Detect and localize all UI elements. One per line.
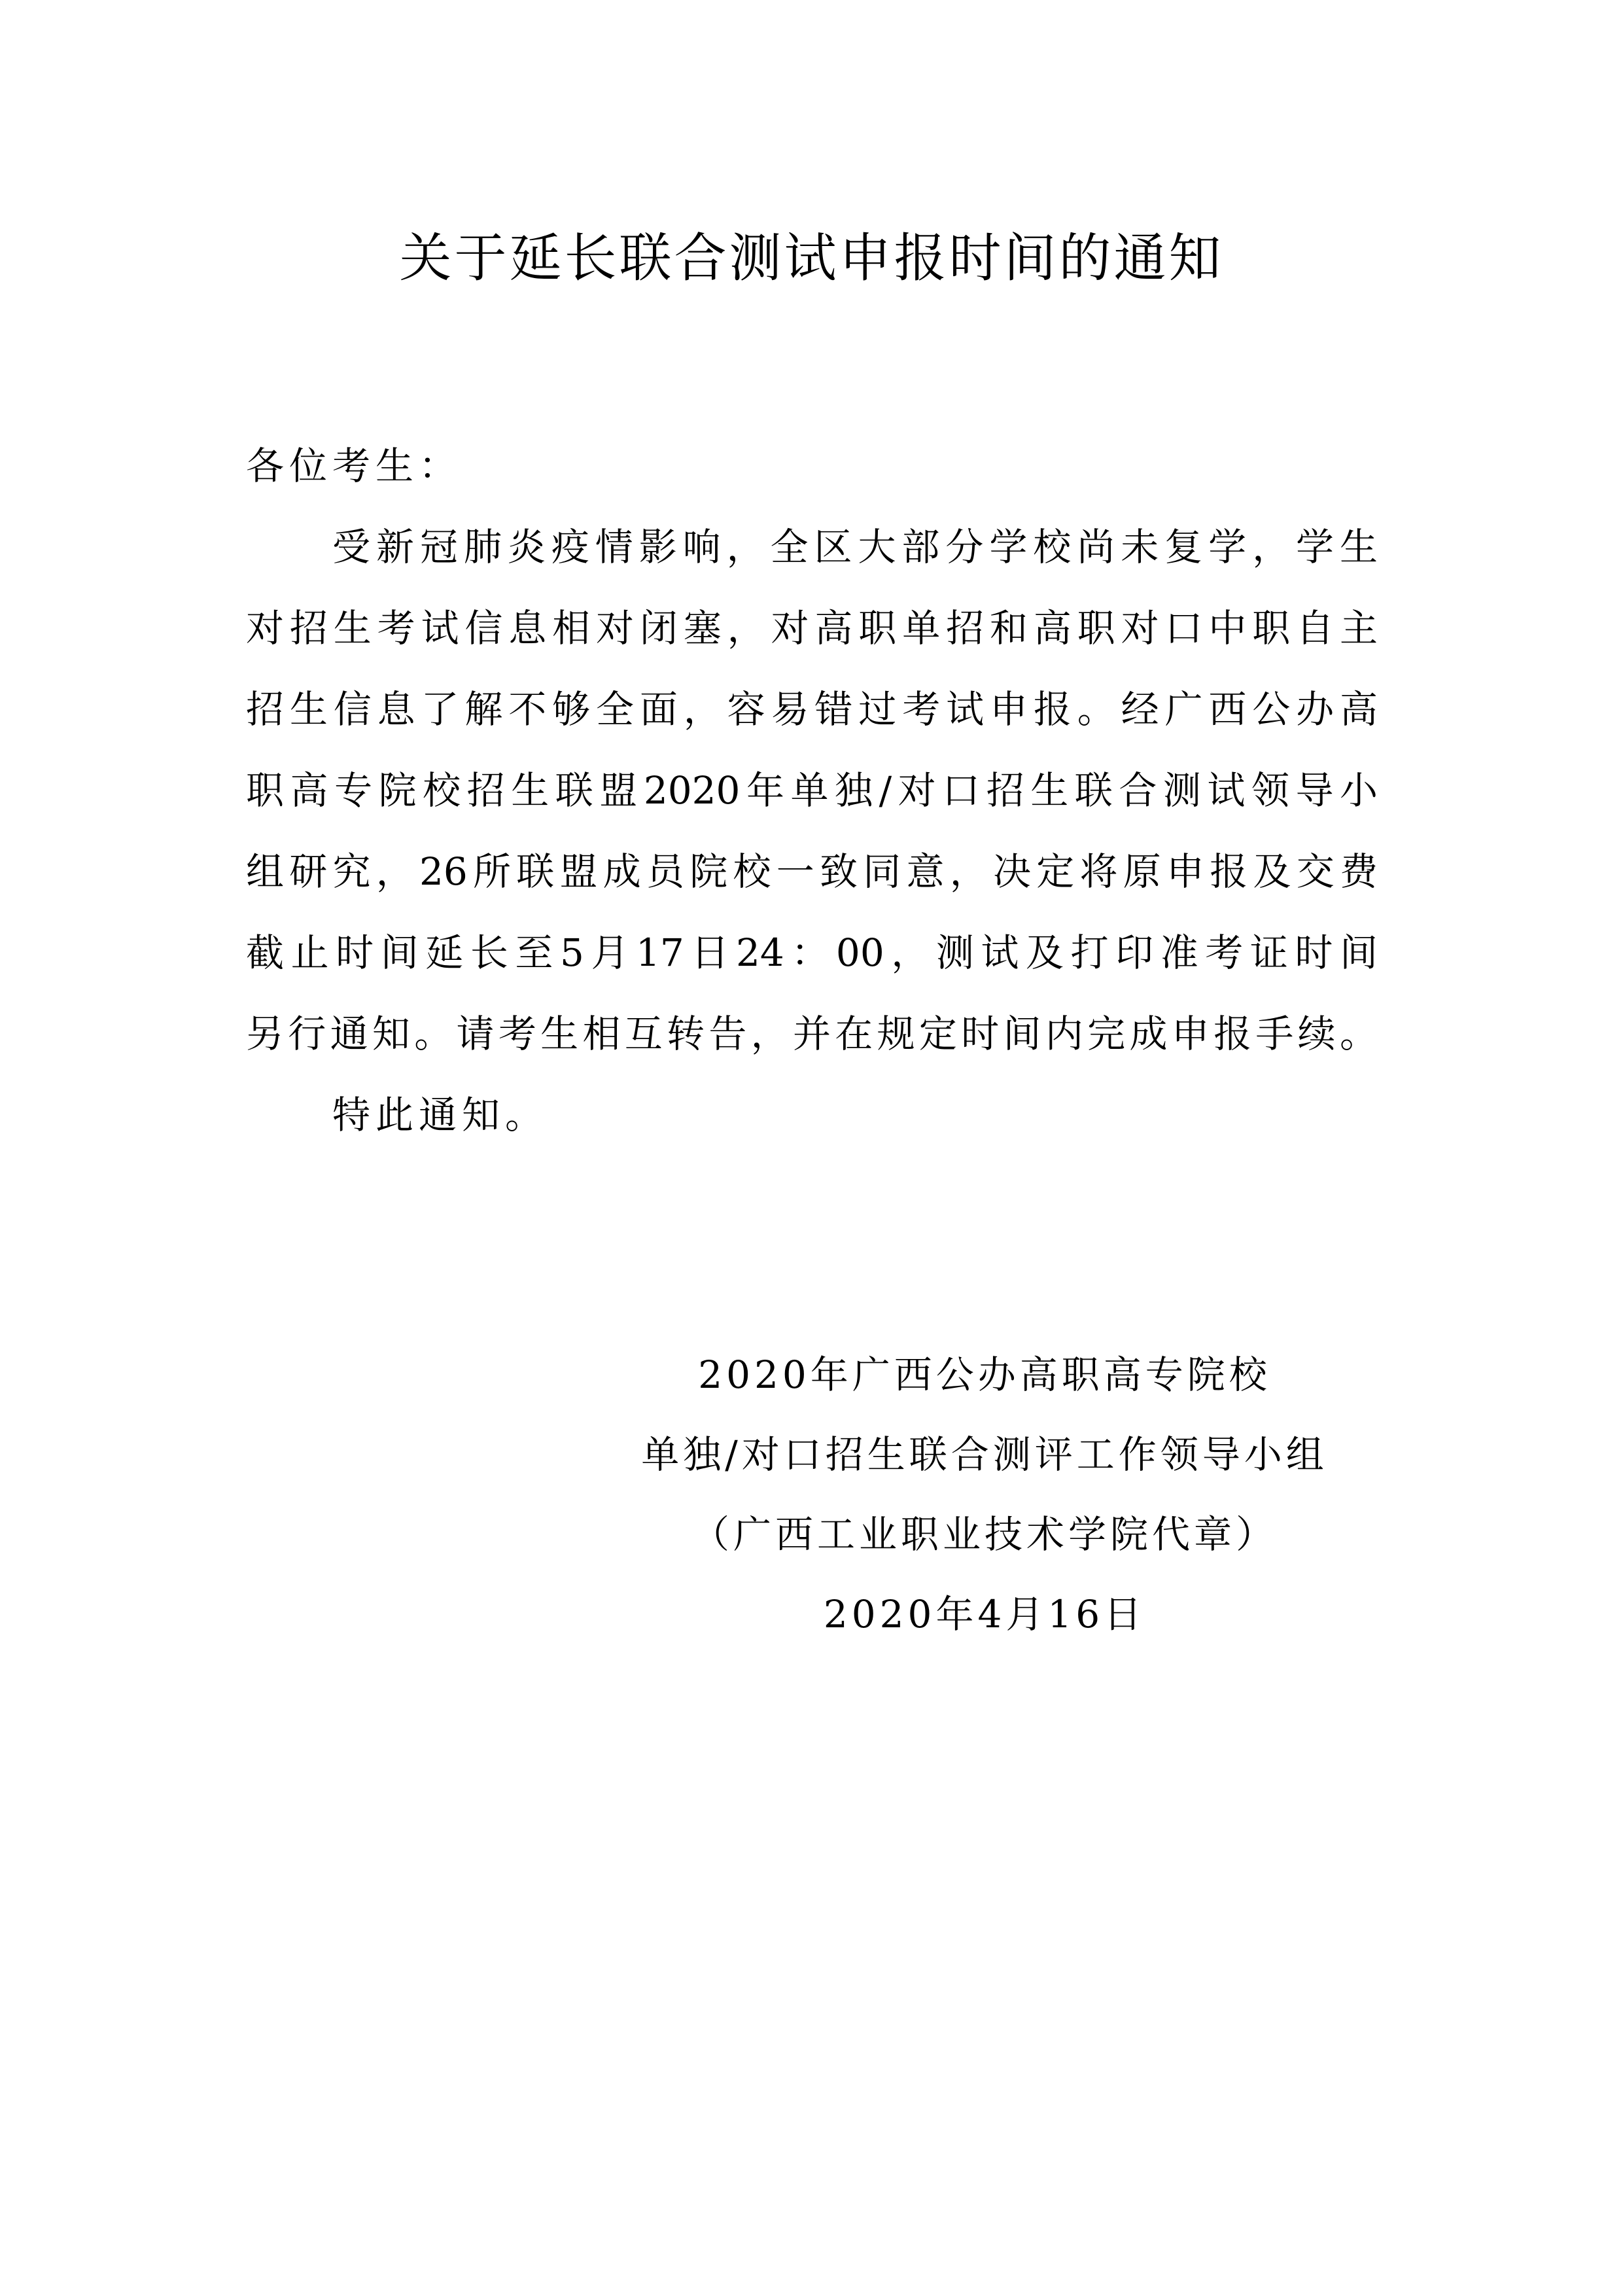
signature-block: 2020年广西公办高职高专院校 单独/对口招生联合测评工作领导小组 （广西工业职… — [608, 1335, 1361, 1654]
paragraph-line: 受新冠肺炎疫情影响，全区大部分学校尚未复学，学生 — [246, 506, 1378, 588]
notice-body: 各位考生： 受新冠肺炎疫情影响，全区大部分学校尚未复学，学生 对招生考试信息相对… — [246, 425, 1378, 1156]
salutation: 各位考生： — [246, 425, 1378, 506]
paragraph-line: 职高专院校招生联盟2020年单独/对口招生联合测试领导小 — [246, 750, 1378, 831]
signature-organization: 2020年广西公办高职高专院校 — [608, 1335, 1361, 1415]
signature-seal-note: （广西工业职业技术学院代章） — [608, 1494, 1361, 1574]
paragraph-line: 另行通知。请考生相互转告，并在规定时间内完成申报手续。 — [246, 993, 1378, 1074]
signature-date: 2020年4月16日 — [608, 1574, 1361, 1654]
paragraph-line: 组研究，26所联盟成员院校一致同意，决定将原申报及交费 — [246, 831, 1378, 912]
notice-title: 关于延长联合测试申报时间的通知 — [0, 226, 1623, 291]
paragraph-line: 招生信息了解不够全面，容易错过考试申报。经广西公办高 — [246, 669, 1378, 750]
document-page: 关于延长联合测试申报时间的通知 各位考生： 受新冠肺炎疫情影响，全区大部分学校尚… — [0, 0, 1623, 2296]
signature-group: 单独/对口招生联合测评工作领导小组 — [608, 1415, 1361, 1494]
paragraph-line: 截止时间延长至5月17日24：00，测试及打印准考证时间 — [246, 912, 1378, 993]
paragraph-line: 对招生考试信息相对闭塞，对高职单招和高职对口中职自主 — [246, 588, 1378, 669]
closing-remark: 特此通知。 — [246, 1074, 1378, 1156]
